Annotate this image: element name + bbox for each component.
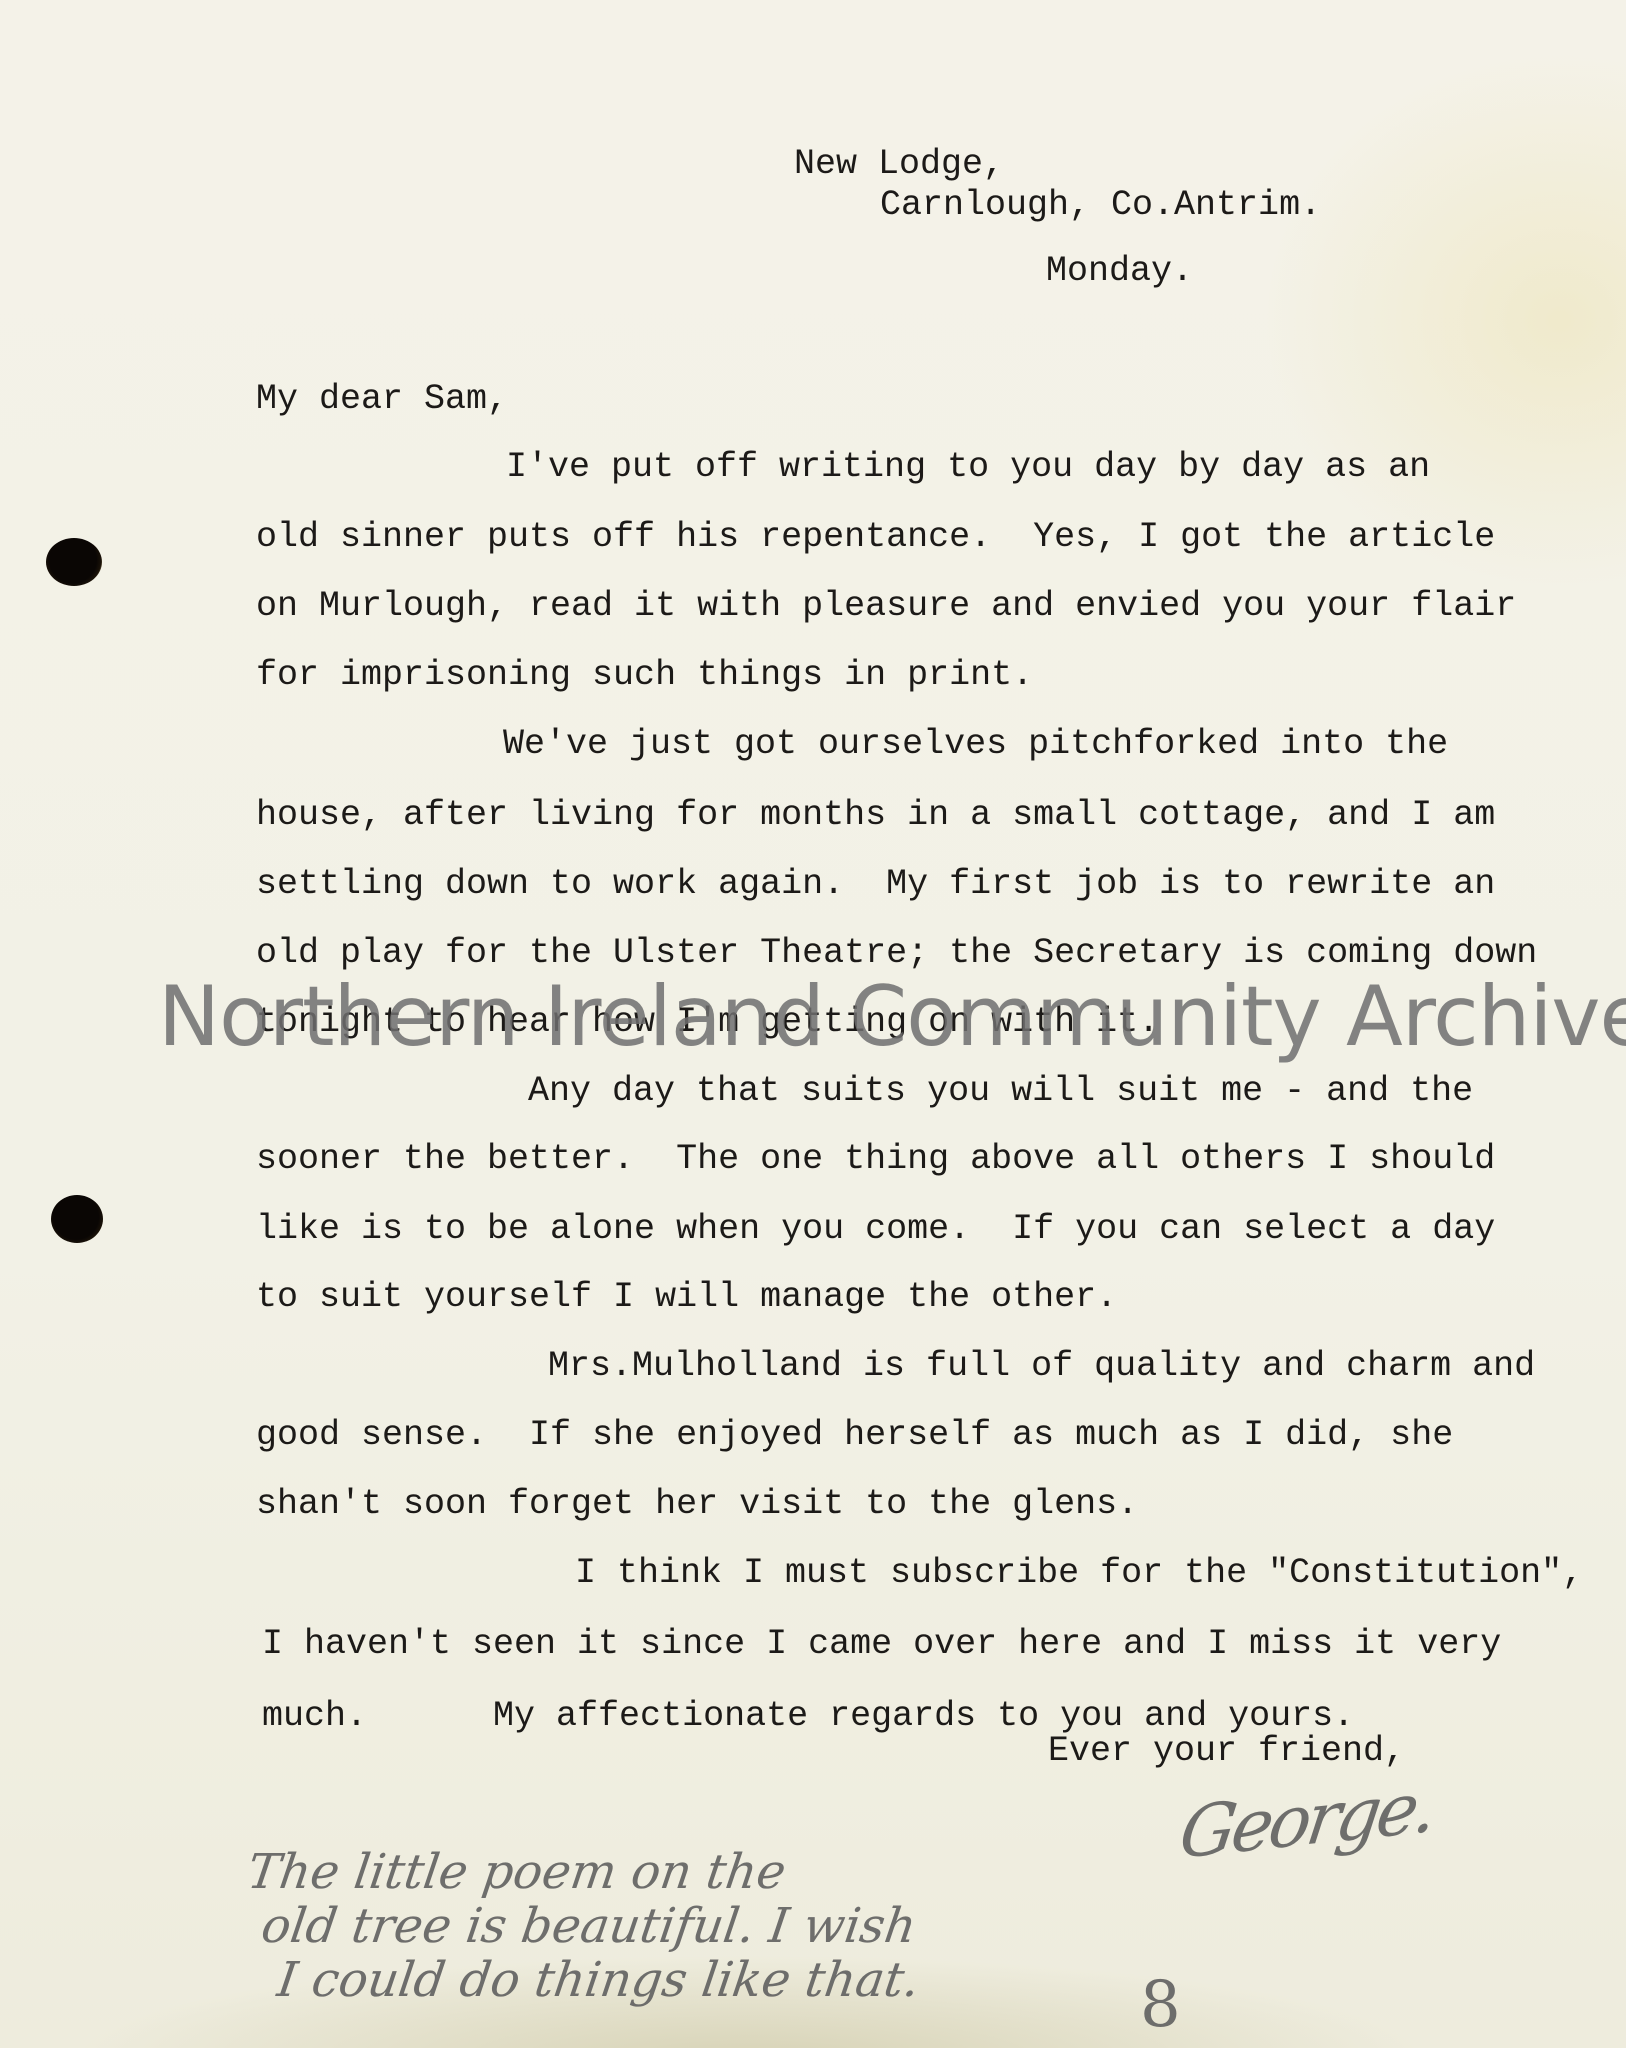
body-line: I think I must subscribe for the "Consti… bbox=[575, 1556, 1583, 1591]
body-line: shan't soon forget her visit to the glen… bbox=[256, 1487, 1138, 1522]
handwritten-note-line: old tree is beautiful. I wish bbox=[258, 1900, 919, 1952]
body-line: to suit yourself I will manage the other… bbox=[256, 1280, 1117, 1315]
address-line-2: Carnlough, Co.Antrim. bbox=[880, 188, 1321, 223]
signature: George. bbox=[1175, 1766, 1439, 1874]
body-line: I haven't seen it since I came over here… bbox=[262, 1627, 1501, 1662]
handwritten-note-line: I could do things like that. bbox=[274, 1954, 922, 2006]
page-number-mark: 8 bbox=[1140, 1970, 1181, 2040]
body-line: old sinner puts off his repentance. Yes,… bbox=[256, 520, 1495, 555]
body-line: We've just got ourselves pitchforked int… bbox=[503, 727, 1448, 762]
letter-date: Monday. bbox=[1046, 254, 1193, 289]
body-line: for imprisoning such things in print. bbox=[256, 658, 1033, 693]
body-line: Mrs.Mulholland is full of quality and ch… bbox=[548, 1349, 1535, 1384]
address-line-1: New Lodge, bbox=[794, 147, 1004, 182]
body-line: good sense. If she enjoyed herself as mu… bbox=[256, 1418, 1453, 1453]
body-line: tonight to hear how I'm getting on with … bbox=[256, 1005, 1159, 1040]
punch-hole-top bbox=[46, 538, 102, 586]
body-line: settling down to work again. My first jo… bbox=[256, 867, 1495, 902]
handwritten-note-line: The little poem on the bbox=[244, 1846, 789, 1898]
body-line: much. My affectionate regards to you and… bbox=[262, 1699, 1354, 1734]
body-line: Any day that suits you will suit me - an… bbox=[528, 1074, 1473, 1109]
body-line: old play for the Ulster Theatre; the Sec… bbox=[256, 936, 1537, 971]
body-line: house, after living for months in a smal… bbox=[256, 798, 1495, 833]
body-line: like is to be alone when you come. If yo… bbox=[256, 1212, 1495, 1247]
body-line: sooner the better. The one thing above a… bbox=[256, 1142, 1495, 1177]
body-line: I've put off writing to you day by day a… bbox=[506, 450, 1430, 485]
body-line: on Murlough, read it with pleasure and e… bbox=[256, 589, 1516, 624]
salutation: My dear Sam, bbox=[256, 382, 508, 417]
punch-hole-bottom bbox=[51, 1195, 103, 1243]
closing: Ever your friend, bbox=[1048, 1734, 1405, 1769]
